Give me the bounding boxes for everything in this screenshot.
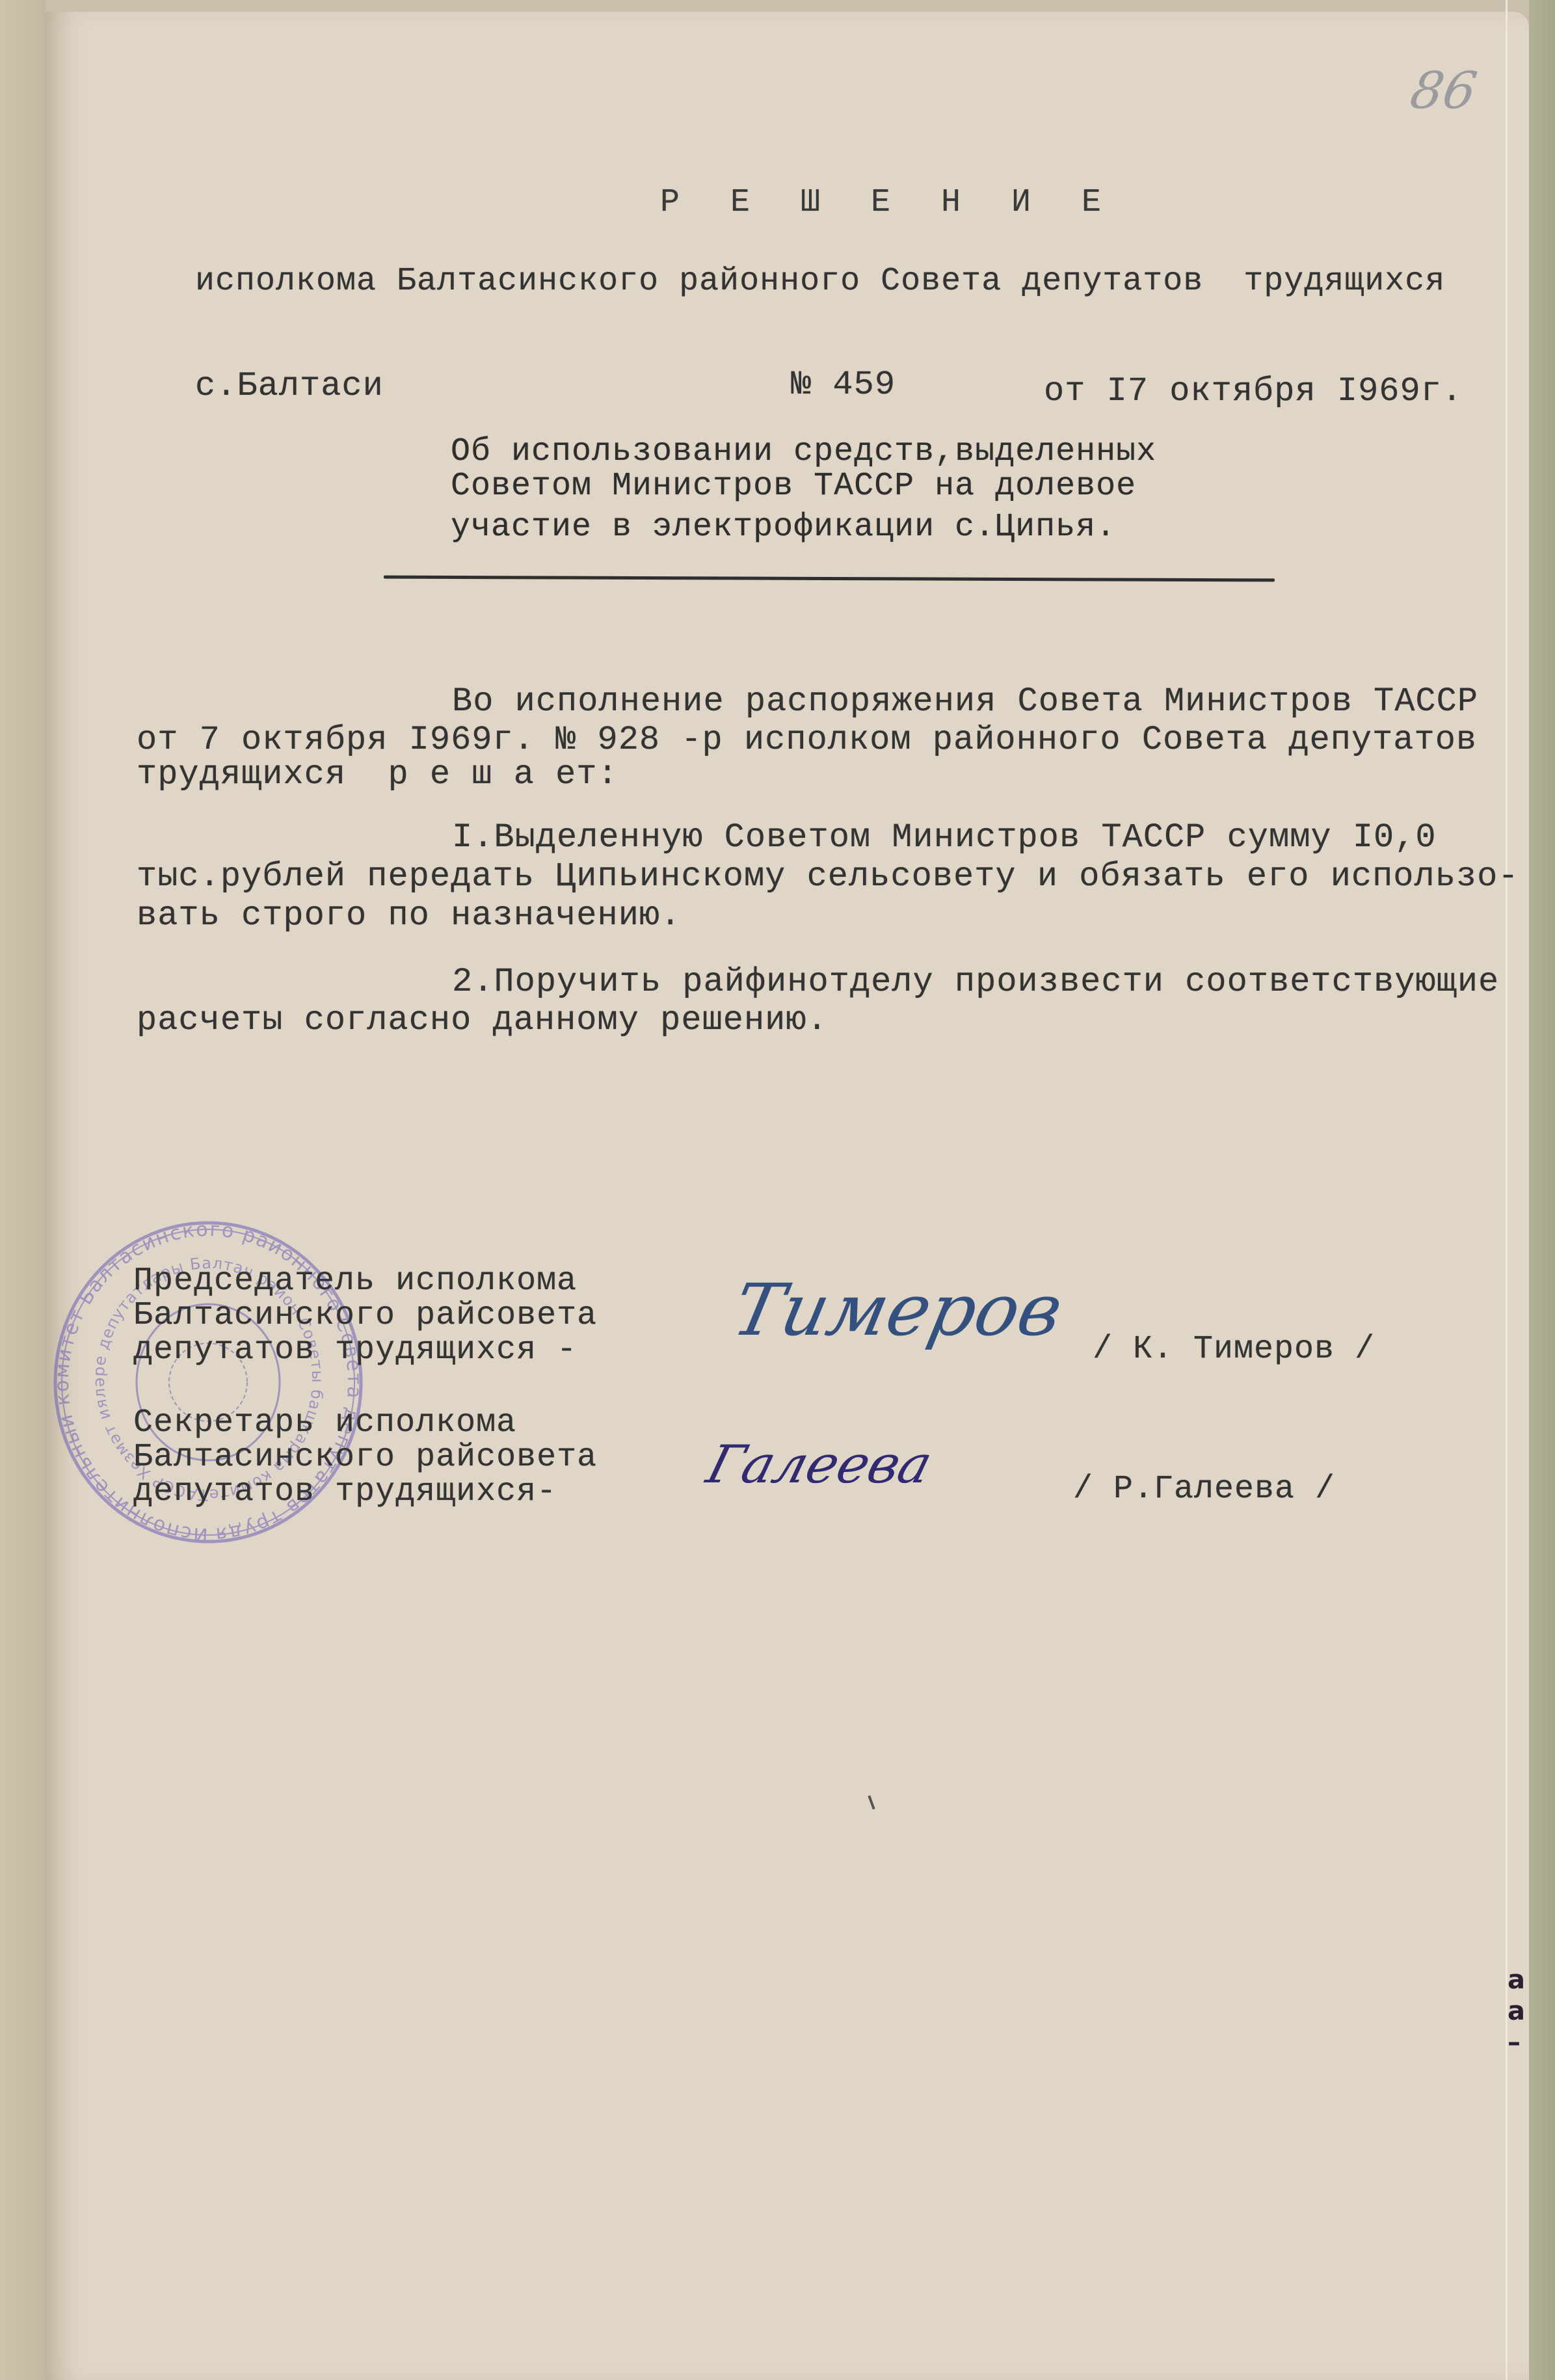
place: с.Балтаси <box>195 369 384 403</box>
signatory-2-name: / Р.Галеева / <box>1073 1473 1335 1506</box>
item-2-line-2: расчеты согласно данному решению. <box>137 1004 828 1037</box>
item-1-line-1: I.Выделенную Советом Министров ТАССР сум… <box>452 821 1437 855</box>
issuer-line: исполкома Балтасинского районного Совета… <box>195 265 1445 298</box>
signatory-1-position-line-2: Балтасинского райсовета <box>133 1300 597 1332</box>
decision-number: № 459 <box>791 368 896 402</box>
item-1-line-2: тыс.рублей передать Ципьинскому сельсове… <box>137 860 1519 894</box>
subject-line-1: Об использовании средств,выделенных <box>451 436 1156 468</box>
signatory-1-position-line-1: Председатель исполкома <box>133 1265 577 1298</box>
item-1-line-3: вать строго по назначению. <box>137 899 681 933</box>
signatory-2-position-line-3: депутатов трудящихся- <box>133 1476 557 1508</box>
preamble-line-2: от 7 октября I969г. № 928 -р исполком ра… <box>137 723 1477 757</box>
margin-mark-3: – <box>1508 2027 1525 2058</box>
margin-mark: а а – <box>1508 1964 1525 2058</box>
document-title: Р Е Ш Е Н И Е <box>660 187 1117 219</box>
margin-mark-2: а <box>1508 1996 1525 2027</box>
margin-mark-1: а <box>1508 1964 1525 1996</box>
preamble-line-1: Во исполнение распоряжения Совета Минист… <box>452 685 1478 719</box>
subject-line-2: Советом Министров ТАССР на долевое <box>451 470 1136 503</box>
signatory-1-position-line-3: депутатов трудящихся - <box>133 1334 577 1367</box>
signature-galeeva: Галеева <box>701 1434 938 1495</box>
preamble-line-3: трудящихся р е ш а ет: <box>137 758 618 792</box>
item-2-line-1: 2.Поручить райфинотделу произвести соотв… <box>452 965 1499 999</box>
signatory-1-name: / К. Тимеров / <box>1093 1333 1375 1366</box>
binder-right-edge <box>1529 0 1555 2380</box>
page-number: 86 <box>1406 62 1481 120</box>
decision-date: от I7 октября I969г. <box>1044 375 1463 408</box>
binder-left-edge <box>0 0 46 2380</box>
signature-timerov: Тимеров <box>726 1268 1069 1352</box>
signatory-2-position-line-2: Балтасинского райсовета <box>133 1441 597 1474</box>
subject-line-3: участие в электрофикации с.Ципья. <box>451 511 1116 544</box>
signatory-2-position-line-1: Секретарь исполкома <box>133 1407 516 1439</box>
